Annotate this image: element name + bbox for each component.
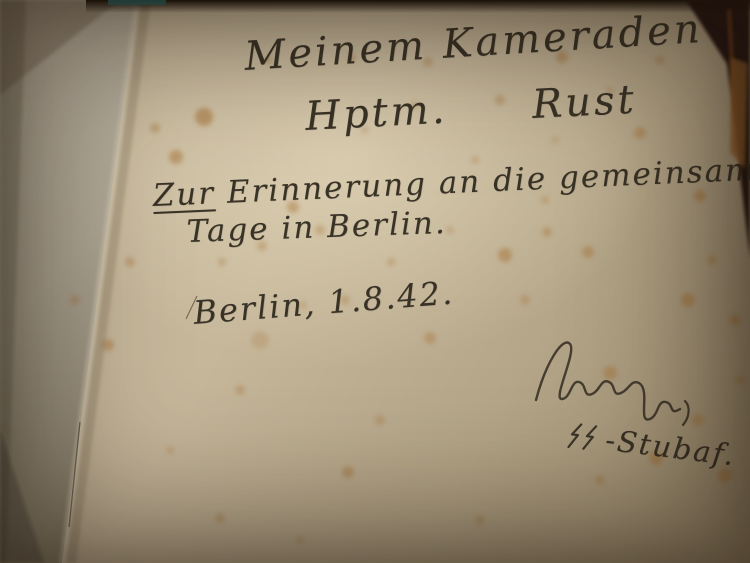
foxing-spot (551, 136, 559, 144)
foxing-spot (375, 415, 385, 425)
foxing-spot (634, 127, 646, 139)
ss-runes-icon (566, 422, 603, 452)
foxing-spot (692, 414, 704, 426)
foxing-spot (735, 375, 745, 385)
foxing-spot (542, 227, 552, 237)
foxing-spot (102, 339, 114, 351)
foxing-spot (729, 314, 741, 326)
foxing-spot (595, 475, 605, 485)
foxing-spot (150, 123, 160, 133)
foxing-spot (707, 255, 717, 265)
foxing-spot (195, 108, 213, 126)
foxing-spot (446, 226, 454, 234)
foxing-spot (475, 515, 485, 525)
foxing-spot (603, 366, 617, 380)
teal-binding-sliver (108, 0, 166, 5)
foxing-spot (681, 293, 695, 307)
foxing-spot (218, 258, 226, 266)
foxing-spot (694, 190, 706, 202)
foxing-spot (296, 536, 304, 544)
foxing-spot (166, 446, 174, 454)
foxing-spot (215, 513, 225, 523)
book-flyleaf-photo: Meinem Kameraden Hptm. Rust Zur Erinneru… (0, 0, 750, 563)
foxing-spot (342, 466, 354, 478)
endpaper (0, 0, 137, 563)
foxing-spot (424, 332, 436, 344)
foxing-spot (655, 55, 665, 65)
foxing-spot (582, 246, 594, 258)
foxing-spot (541, 196, 549, 204)
foxing-spot (70, 295, 80, 305)
recipient-rank: Hptm. (304, 87, 448, 140)
foxing-spot (169, 150, 183, 164)
foxing-spot (251, 331, 269, 349)
foxing-spot (387, 258, 395, 266)
underlined-word: Zur (152, 175, 216, 214)
foxing-spot (125, 257, 135, 267)
foxing-spot (520, 295, 530, 305)
foxing-spot (498, 248, 512, 262)
foxing-spot (235, 385, 245, 395)
recipient-name: Rust (531, 77, 638, 128)
